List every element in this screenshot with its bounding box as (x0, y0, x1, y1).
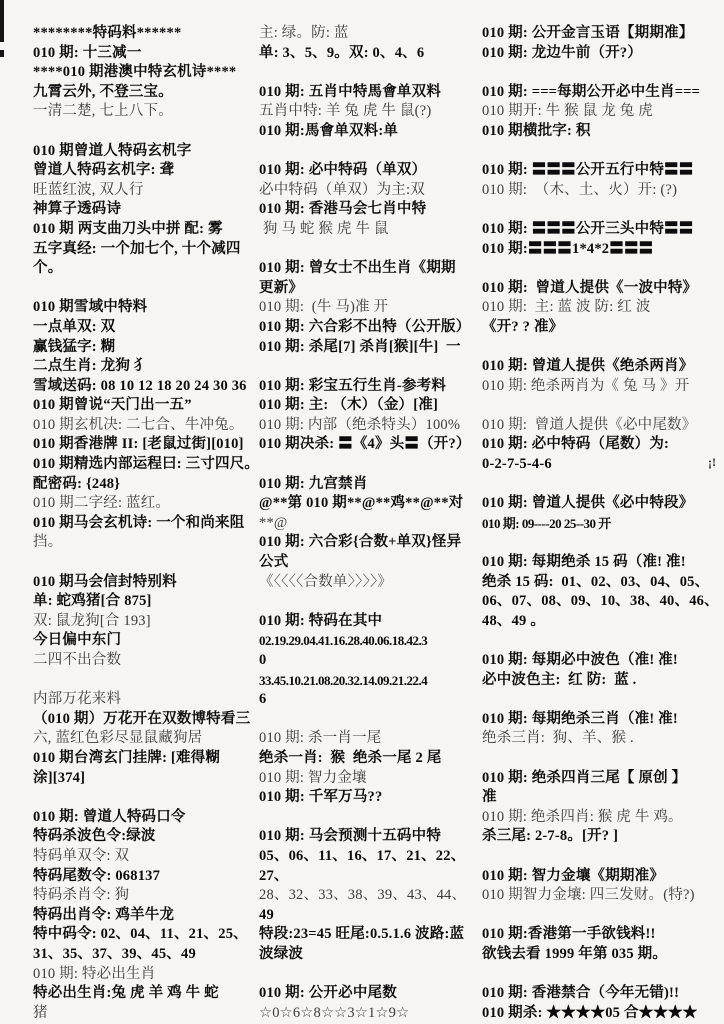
column-middle: 主: 绿。防: 蓝单: 3、5、9。双: 0、4、6 010 期: 五肖中特馬會… (259, 24, 477, 1023)
text-line: 010 期: 绝杀两肖为《 兔 马 》开 (482, 377, 720, 397)
text-line: 特码单双令: 双 (33, 847, 251, 867)
text-line: 配密码: {248} (33, 475, 251, 495)
text-line (259, 710, 477, 730)
text-line: @**第 010 期**@**鸡**@**对 (259, 494, 477, 514)
text-line: **@ (259, 514, 477, 534)
text-line: 010 期决杀: 〓《4》头〓（开?） (259, 435, 477, 455)
text-line: 010 期: 09----20 25--30 开 (482, 514, 720, 534)
text-line (259, 455, 477, 475)
text-line (33, 279, 251, 299)
text-line: 010 期: 六合彩{合数+单双}怪异 (259, 533, 477, 553)
text-line (259, 808, 477, 828)
text-line (482, 396, 720, 416)
text-line: 010 期:〓〓〓1*4*2〓〓〓 (482, 240, 720, 260)
text-line: 010 期杀: ★★★★05 合★★★★ (482, 1004, 720, 1024)
text-line: 010 期: （木、土、火）开: (?) (482, 181, 720, 201)
text-line: 010 期: 特码在其中 (259, 612, 477, 632)
text-line (33, 553, 251, 573)
text-line: 49 (259, 906, 477, 926)
text-line: 010 期: 〓〓〓公开五行中特〓〓 (482, 161, 720, 181)
text-line: 010 期: ===每期公开必中生肖=== (482, 83, 720, 103)
text-line: 内部万花来料 (33, 690, 251, 710)
text-line: 0-2-7-5-4-6 (482, 455, 720, 475)
text-line: 挡。 (33, 533, 251, 553)
text-line (482, 475, 720, 495)
text-line: 010 期: 六合彩不出特（公开版） (259, 318, 477, 338)
text-line (482, 631, 720, 651)
text-line: 欲钱去看 1999 年第 035 期。 (482, 945, 720, 965)
text-line: 010 期: 马会预测十五码中特 (259, 827, 477, 847)
text-line: 010 期: 杀一肖一尾 (259, 729, 477, 749)
text-line: 010 期: 彩宝五行生肖-参考料 (259, 377, 477, 397)
text-line (33, 122, 251, 142)
text-line: 010 期: 每期绝杀 15 码（准! 准! (482, 553, 720, 573)
text-line: 010 期曾道人特码玄机字 (33, 142, 251, 162)
text-line: 010 期马会玄机诗: 一个和尚来阻 (33, 514, 251, 534)
text-line (33, 788, 251, 808)
text-line: 九霄云外, 不登三宝。 (33, 83, 251, 103)
text-line: 波绿波 (259, 945, 477, 965)
text-line: 0 (259, 651, 477, 671)
text-line (259, 63, 477, 83)
text-line: 010 期玄机决: 二七合、牛冲兔。 (33, 416, 251, 436)
text-line: 二点生肖: 龙狗 犭 (33, 357, 251, 377)
text-line: 狗 马 蛇 猴 虎 牛 鼠 (259, 220, 477, 240)
text-line: 6 (259, 690, 477, 710)
text-line: 010 期: 曾道人提供《必中尾数》 (482, 416, 720, 436)
text-line: 010 期: 九宫禁肖 (259, 475, 477, 495)
text-line: 010 期二字经: 蓝红。 (33, 494, 251, 514)
text-line: 010 期: 必中特码（单双） (259, 161, 477, 181)
text-line: 010 期香港牌 II: [老鼠过街][010] (33, 435, 251, 455)
text-line: 010 期精选内部运程曰: 三寸四尺。 (33, 455, 251, 475)
column-right: 010 期: 公开金言玉语【期期准】010 期: 龙边牛前（开?） 010 期:… (482, 24, 720, 1023)
text-line: 28、32、33、38、39、43、44、 (259, 886, 477, 906)
text-line (482, 338, 720, 358)
text-line: 五肖中特: 羊 兔 虎 牛 鼠(?) (259, 102, 477, 122)
text-line: 33.45.10.21.08.20.32.14.09.21.22.4 (259, 671, 477, 691)
text-line (482, 749, 720, 769)
text-line: 一点单双: 双 (33, 318, 251, 338)
text-line: 010 期: 绝杀四肖: 猴 虎 牛 鸡。 (482, 808, 720, 828)
text-line: 个。 (33, 259, 251, 279)
text-line: 特必出生肖:兔 虎 羊 鸡 牛 蛇 (33, 984, 251, 1004)
text-line: 特段:23=45 旺尾:0.5.1.6 波路:蓝 (259, 925, 477, 945)
text-line: 更新》 (259, 279, 477, 299)
text-line (259, 592, 477, 612)
text-line: ****010 期港澳中特玄机诗**** (33, 63, 251, 83)
text-line: 必中波色主: 红 防: 蓝 . (482, 671, 720, 691)
text-line: 27、 (259, 867, 477, 887)
text-line: 010 期: 龙边牛前（开?） (482, 44, 720, 64)
text-line: 010 期: 主: （木）（金）[准] (259, 396, 477, 416)
text-line: 010 期: 曾道人提供《一波中特》 (482, 279, 720, 299)
text-line: 《〈〈〈〈合数单〉〉〉〉》 (259, 573, 477, 593)
text-line: 双: 鼠龙狗[合 193] (33, 612, 251, 632)
text-line: 特中码令: 02、04、11、21、25、 (33, 925, 251, 945)
text-line: 《开? ? 准》 (482, 318, 720, 338)
text-line (482, 847, 720, 867)
text-line: 一清二楚, 七上八下。 (33, 102, 251, 122)
text-line: 010 期: 公开必中尾数 (259, 984, 477, 1004)
text-line: 010 期: 每期绝杀三肖（准! 准! (482, 710, 720, 730)
text-line: 准 (482, 788, 720, 808)
text-line (482, 142, 720, 162)
text-line (482, 63, 720, 83)
text-line: 010 期: 曾道人特码口令 (33, 808, 251, 828)
text-line: 单: 3、5、9。双: 0、4、6 (259, 44, 477, 64)
text-line: 旺蓝红波, 双人行 (33, 181, 251, 201)
text-line: （010 期）万花开在双数博特看三 (33, 710, 251, 730)
text-line: 010 期横批字: 积 (482, 122, 720, 142)
text-line (259, 357, 477, 377)
text-line: 雪域送码: 08 10 12 18 20 24 30 36 (33, 377, 251, 397)
text-line: 010 期: 智力金壤 (259, 769, 477, 789)
text-line (259, 240, 477, 260)
text-line: 010 期: 公开金言玉语【期期准】 (482, 24, 720, 44)
text-line: 02.19.29.04.41.16.28.40.06.18.42.3 (259, 631, 477, 651)
text-line: 010 期: 〓〓〓公开三头中特〓〓 (482, 220, 720, 240)
text-line: 010 期: 曾女士不出生肖《期期 (259, 259, 477, 279)
text-line: 曾道人特码玄机字: 聋 (33, 161, 251, 181)
text-line (482, 906, 720, 926)
text-line: 010 期雪域中特料 (33, 298, 251, 318)
text-line: 特码出肖令: 鸡羊牛龙 (33, 906, 251, 926)
text-line: 010 期:香港第一手欲钱料!! (482, 925, 720, 945)
text-line: 赢钱猛字: 糊 (33, 338, 251, 358)
text-line: 今日偏中东门 (33, 631, 251, 651)
text-line (482, 533, 720, 553)
text-line: 公式 (259, 553, 477, 573)
text-line: 010 期: 曾道人提供《必中特段》 (482, 494, 720, 514)
text-line: 010 期:馬會单双料:单 (259, 122, 477, 142)
text-line: 010 期: 主: 蓝 波 防: 红 波 (482, 298, 720, 318)
text-line (482, 965, 720, 985)
text-line: 单: 蛇鸡猪[合 875] (33, 592, 251, 612)
text-line (259, 142, 477, 162)
text-line: 010 期开: 牛 猴 鼠 龙 兔 虎 (482, 102, 720, 122)
text-line: 010 期 两支曲刀头中拼 配: 雾 (33, 220, 251, 240)
text-line: 48、49 。 (482, 612, 720, 632)
text-line: 必中特码（单双）为主:双 (259, 181, 477, 201)
text-line: 010 期曾说“天门出一五” (33, 396, 251, 416)
text-line: 010 期: 十三减一 (33, 44, 251, 64)
text-line: 010 期: 曾道人提供《绝杀两肖》 (482, 357, 720, 377)
text-line: 二四不出合数 (33, 651, 251, 671)
scanned-lottery-tip-sheet: ********特码料******010 期: 十三减一****010 期港澳中… (0, 0, 724, 1024)
text-line: 010 期: 香港马会七肖中特 (259, 200, 477, 220)
text-line: 涂][374] (33, 769, 251, 789)
text-line: 神算子透码诗 (33, 200, 251, 220)
scan-artifact-edge-strip (0, 0, 4, 42)
text-line: 31、35、37、39、45、49 (33, 945, 251, 965)
text-line: 特码尾数令: 068137 (33, 867, 251, 887)
text-line: 猪 (33, 1004, 251, 1024)
text-line: 绝杀 15 码: 01、02、03、04、05、 (482, 573, 720, 593)
text-line (259, 965, 477, 985)
text-line: 特码杀肖令: 狗 (33, 886, 251, 906)
scan-artifact-stray-text: ¡! (708, 455, 716, 470)
column-left: ********特码料******010 期: 十三减一****010 期港澳中… (33, 24, 251, 1023)
text-line: 杀三尾: 2-7-8。[开? ] (482, 827, 720, 847)
text-line: 010 期: 杀尾[7] 杀肖[猴][牛] 一 (259, 338, 477, 358)
text-line: 特码杀波色令:绿波 (33, 827, 251, 847)
text-line: 010 期: 千军万马?? (259, 788, 477, 808)
text-line: 绝杀三肖: 狗、羊、猴 . (482, 729, 720, 749)
text-line: 主: 绿。防: 蓝 (259, 24, 477, 44)
text-line: 010 期: 内部（绝杀特头）100% (259, 416, 477, 436)
text-line: 010 期: 必中特码（尾数）为: (482, 435, 720, 455)
text-line: 010 期智力金壤: 四三发财。(特?) (482, 886, 720, 906)
text-line: 05、06、11、16、17、21、22、 (259, 847, 477, 867)
text-line (482, 690, 720, 710)
text-line: 010 期: 绝杀四肖三尾【 原创 】 (482, 769, 720, 789)
text-line: 010 期: 特必出生肖 (33, 965, 251, 985)
text-line: 五字真经: 一个加七个, 十个减四 (33, 240, 251, 260)
text-line: 010 期: 香港禁合（今年无错)!! (482, 984, 720, 1004)
text-line: 06、07、08、09、10、38、40、46、 (482, 592, 720, 612)
text-line: ☆0☆6☆8☆☆3☆1☆9☆ (259, 1004, 477, 1024)
text-line: 绝杀一肖: 猴 绝杀一尾 2 尾 (259, 749, 477, 769)
text-line: 六, 蓝红色彩尽显鼠藏狗居 (33, 729, 251, 749)
text-line: 010 期台湾玄门挂牌: [难得糊 (33, 749, 251, 769)
text-line: 010 期: (牛 马)准 开 (259, 298, 477, 318)
text-line: 010 期: 智力金壤《期期准》 (482, 867, 720, 887)
text-line (482, 200, 720, 220)
text-line (482, 259, 720, 279)
text-line: 010 期: 每期必中波色（准! 准! (482, 651, 720, 671)
text-line: ********特码料****** (33, 24, 251, 44)
text-line: 010 期: 五肖中特馬會单双料 (259, 83, 477, 103)
text-line (33, 671, 251, 691)
scan-artifact-edge-dot (0, 50, 4, 57)
text-line: 010 期马会信封特别料 (33, 573, 251, 593)
